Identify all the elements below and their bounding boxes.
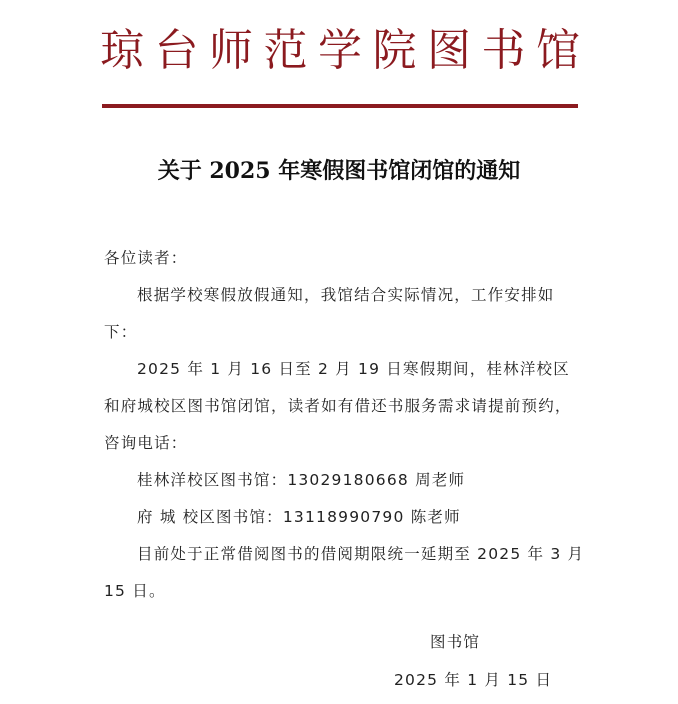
letterhead-char: 图 xyxy=(427,14,471,78)
letterhead-char: 师 xyxy=(209,14,253,78)
letterhead-char: 馆 xyxy=(536,14,580,78)
paragraph: 根据学校寒假放假通知，我馆结合实际情况，工作安排如下： xyxy=(104,277,586,351)
contact-line: 桂林洋校区图书馆：13029180668 周老师 xyxy=(104,462,586,499)
signature-date: 2025 年 1 月 15 日 xyxy=(394,668,552,690)
letterhead-char: 院 xyxy=(373,14,417,78)
letterhead-char: 范 xyxy=(264,14,308,78)
letterhead-char: 琼 xyxy=(100,14,144,78)
salutation: 各位读者： xyxy=(104,240,586,277)
contact-phone: 13029180668 xyxy=(287,471,409,489)
letterhead-char: 学 xyxy=(318,14,362,78)
contact-campus: 府 城 校区图书馆： xyxy=(137,508,283,526)
letterhead-divider xyxy=(102,104,578,108)
contact-line: 府 城 校区图书馆：13118990790 陈老师 xyxy=(104,499,586,536)
letterhead-char: 台 xyxy=(155,14,199,78)
notice-body: 各位读者： 根据学校寒假放假通知，我馆结合实际情况，工作安排如下： 2025 年… xyxy=(104,240,586,610)
paragraph: 2025 年 1 月 16 日至 2 月 19 日寒假期间，桂林洋校区和府城校区… xyxy=(104,351,586,462)
contact-phone: 13118990790 xyxy=(283,508,405,526)
signature-org: 图书馆 xyxy=(430,630,480,652)
contact-person: 陈老师 xyxy=(411,508,461,526)
org-letterhead: 琼 台 师 范 学 院 图 书 馆 xyxy=(100,14,580,78)
contact-campus: 桂林洋校区图书馆： xyxy=(137,471,287,489)
letterhead-char: 书 xyxy=(482,14,526,78)
notice-title: 关于 2025 年寒假图书馆闭馆的通知 xyxy=(0,154,678,185)
contact-person: 周老师 xyxy=(415,471,465,489)
paragraph: 目前处于正常借阅图书的借阅期限统一延期至 2025 年 3 月 15 日。 xyxy=(104,536,586,610)
